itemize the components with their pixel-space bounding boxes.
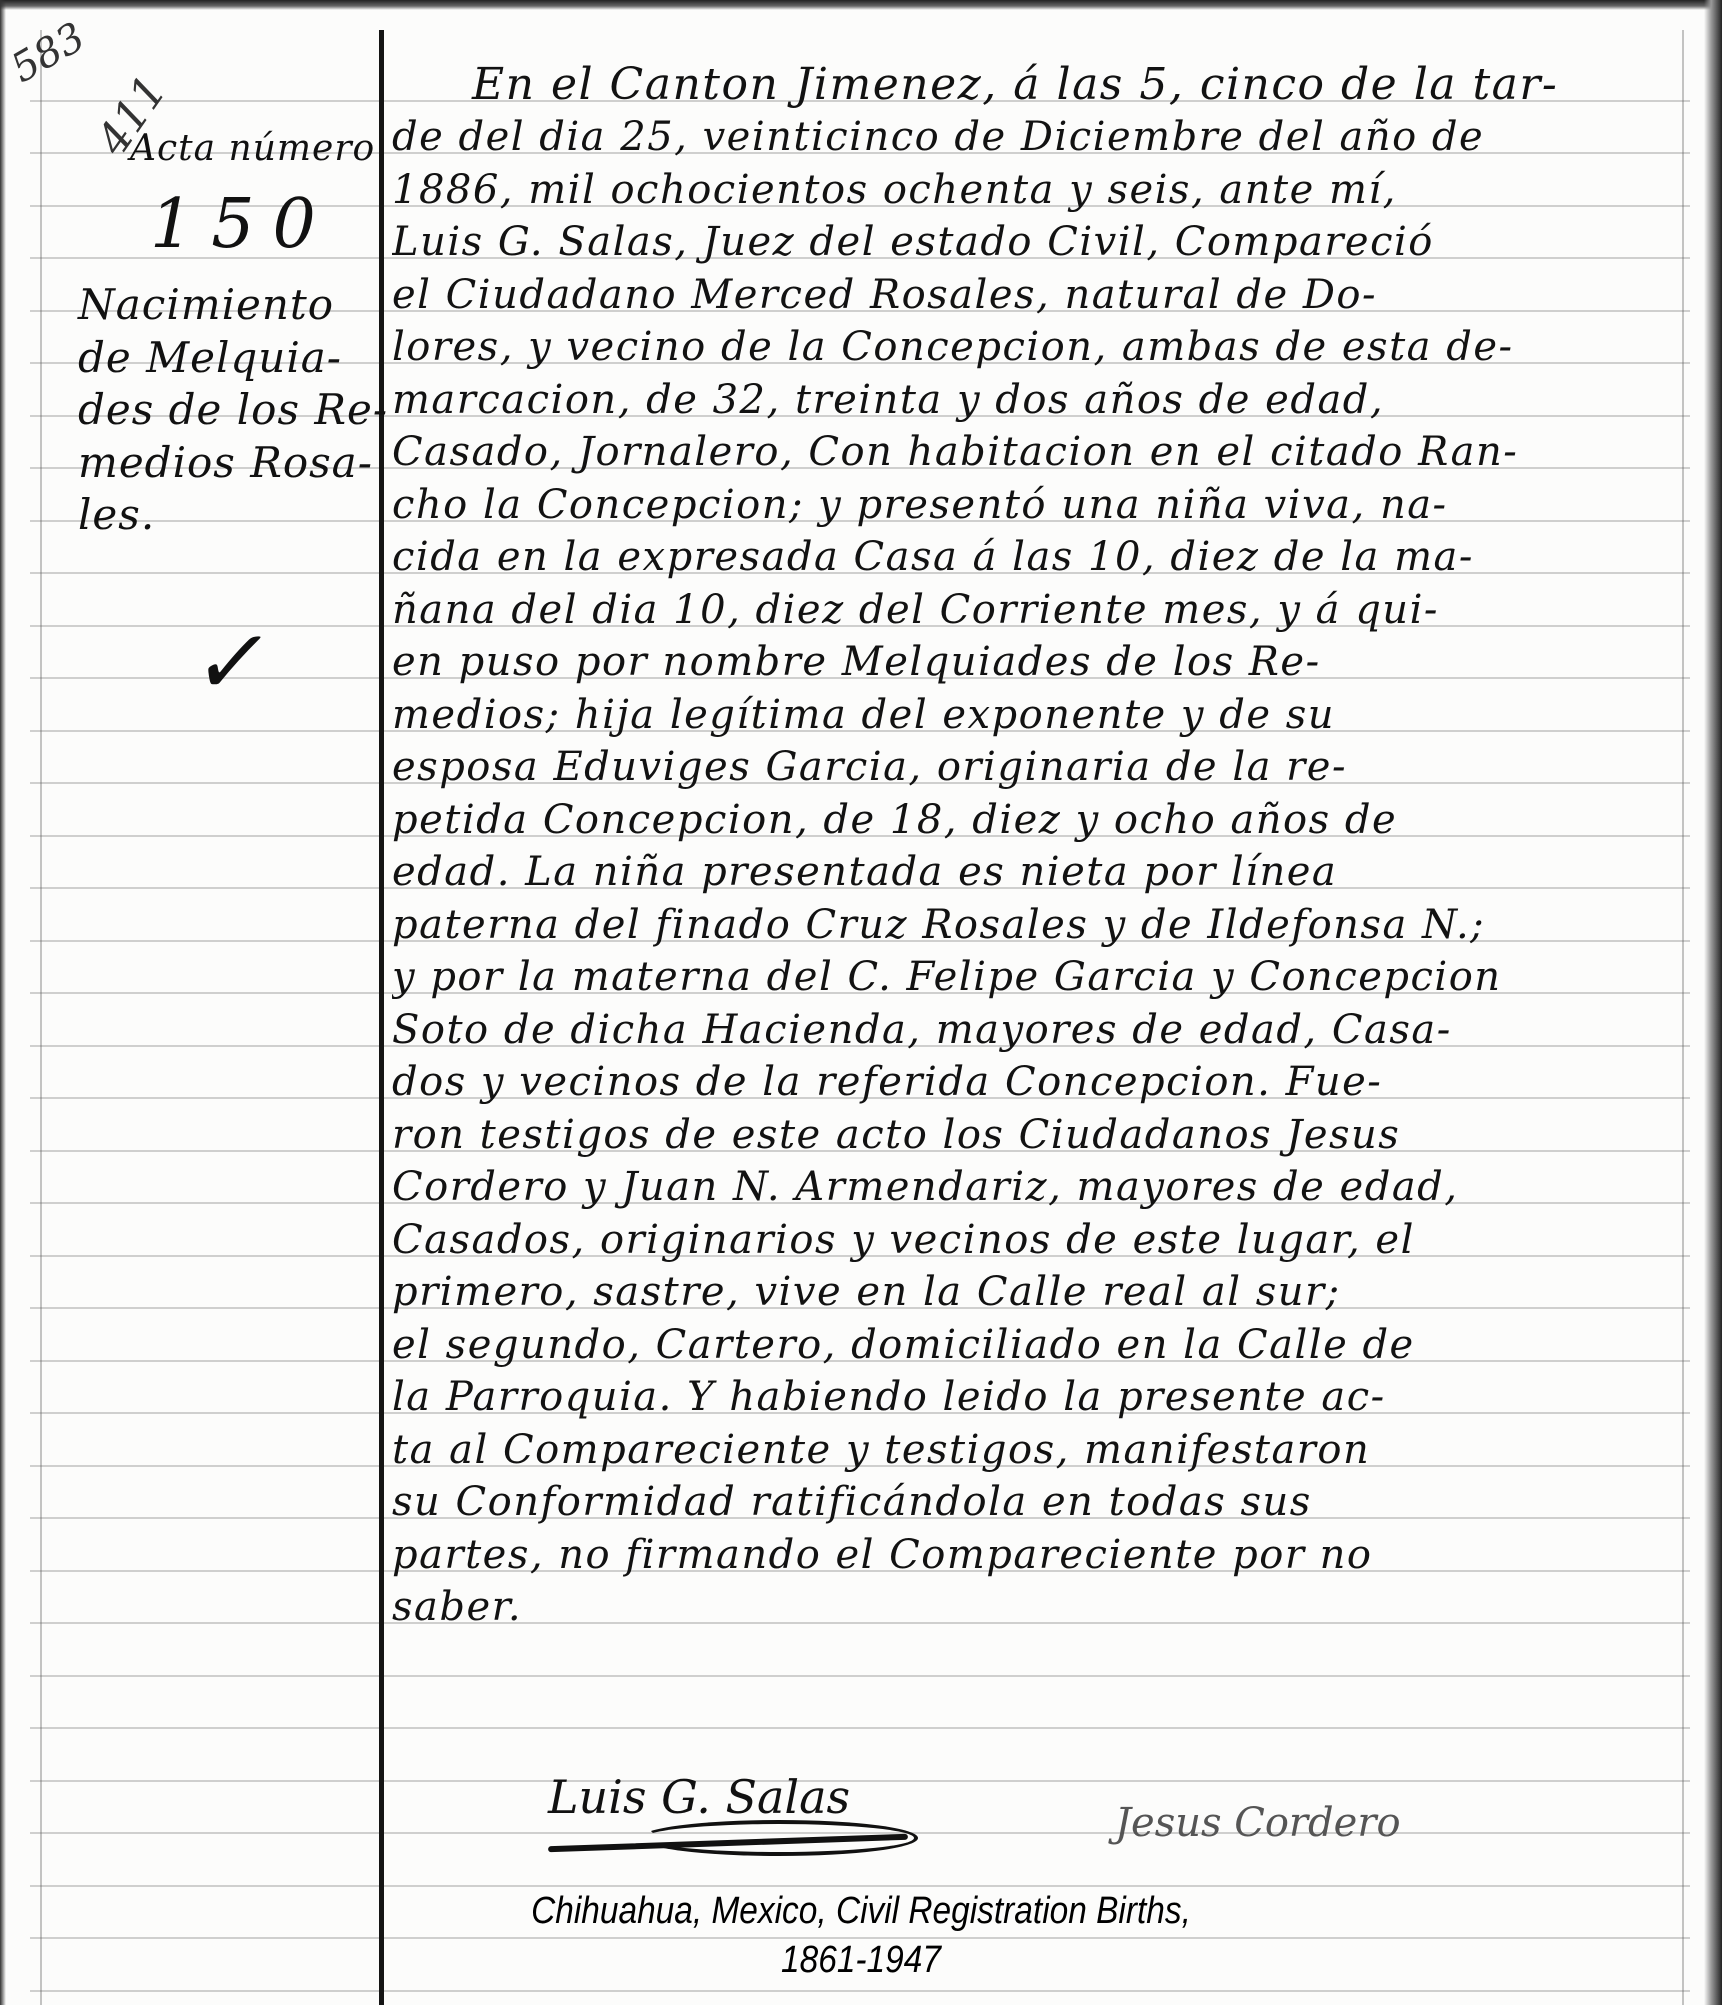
record-number: 150 — [150, 185, 334, 264]
judge-signature: Luis G. Salas — [548, 1770, 850, 1824]
document-page: 583 411 Acta número 150 Nacimiento de Me… — [0, 0, 1722, 2005]
body-line: el segundo, Cartero, domiciliado en la C… — [392, 1322, 1662, 1368]
body-line: dos y vecinos de la referida Concepcion.… — [392, 1059, 1662, 1105]
body-line: cida en la expresada Casa á las 10, diez… — [392, 534, 1662, 580]
margin-title-line-3: des de los Re- — [78, 385, 388, 434]
corner-mark-1: 583 — [4, 14, 93, 92]
body-line: paterna del finado Cruz Rosales y de Ild… — [392, 902, 1662, 948]
body-line: cho la Concepcion; y presentó una niña v… — [392, 482, 1662, 528]
body-line: Casados, originarios y vecinos de este l… — [392, 1217, 1662, 1263]
body-line: y por la materna del C. Felipe Garcia y … — [392, 954, 1662, 1000]
body-line: el Ciudadano Merced Rosales, natural de … — [392, 272, 1662, 318]
body-line: Soto de dicha Hacienda, mayores de edad,… — [392, 1007, 1662, 1053]
body-line: En el Canton Jimenez, á las 5, cinco de … — [392, 62, 1662, 108]
page-top-edge — [0, 0, 1722, 10]
body-line: de del dia 25, veinticinco de Diciembre … — [392, 114, 1662, 160]
left-margin-rule — [40, 30, 42, 2005]
margin-title-line-4: medios Rosa- — [78, 438, 373, 487]
caption-line-2: 1861-1947 — [103, 1936, 1618, 1984]
margin-title-line-2: de Melquia- — [78, 333, 342, 382]
body-line: ron testigos de este acto los Ciudadanos… — [392, 1112, 1662, 1158]
body-line: en puso por nombre Melquiades de los Re- — [392, 639, 1662, 685]
body-line: Luis G. Salas, Juez del estado Civil, Co… — [392, 219, 1662, 265]
body-line: marcacion, de 32, treinta y dos años de … — [392, 377, 1662, 423]
body-line: esposa Eduviges Garcia, originaria de la… — [392, 744, 1662, 790]
body-line: su Conformidad ratificándola en todas su… — [392, 1479, 1662, 1525]
page-right-edge-shadow — [1704, 0, 1722, 2005]
margin-title-line-5: les. — [78, 490, 155, 539]
body-line: ta al Compareciente y testigos, manifest… — [392, 1427, 1662, 1473]
body-line: edad. La niña presentada es nieta por lí… — [392, 849, 1662, 895]
caption-line-1: Chihuahua, Mexico, Civil Registration Bi… — [103, 1887, 1618, 1935]
body-line: primero, sastre, vive en la Calle real a… — [392, 1269, 1662, 1315]
body-line: partes, no firmando el Compareciente por… — [392, 1532, 1662, 1578]
body-line: lores, y vecino de la Concepcion, ambas … — [392, 324, 1662, 370]
body-line: Casado, Jornalero, Con habitacion en el … — [392, 429, 1662, 475]
right-margin-rule — [1682, 30, 1684, 2005]
column-divider — [379, 30, 384, 2005]
page-left-edge — [0, 0, 6, 2005]
body-line: ñana del dia 10, diez del Corriente mes,… — [392, 587, 1662, 633]
margin-title-line-1: Nacimiento — [78, 280, 334, 329]
body-line: la Parroquia. Y habiendo leido la presen… — [392, 1374, 1662, 1420]
body-line: petida Concepcion, de 18, diez y ocho añ… — [392, 797, 1662, 843]
body-line: Cordero y Juan N. Armendariz, mayores de… — [392, 1164, 1662, 1210]
body-line: saber. — [392, 1584, 792, 1630]
body-line: medios; hija legítima del exponente y de… — [392, 692, 1662, 738]
body-line: 1886, mil ochocientos ochenta y seis, an… — [392, 167, 1662, 213]
witness-signature: Jesus Cordero — [1115, 1800, 1401, 1846]
margin-heading: Acta número — [130, 128, 375, 169]
